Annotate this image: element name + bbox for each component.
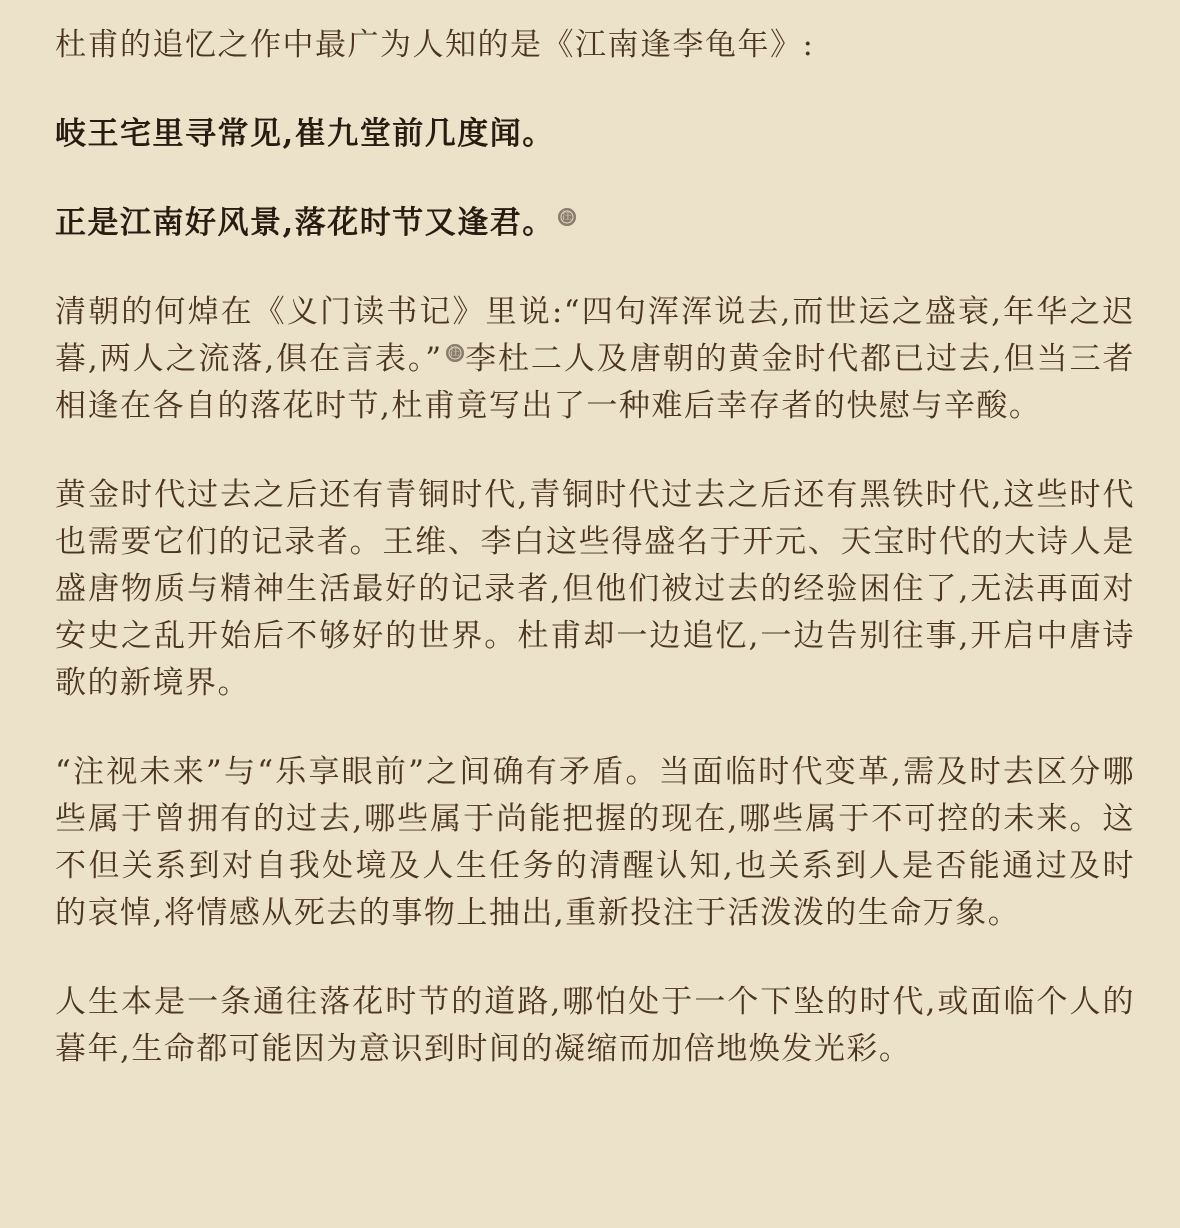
note-annotation-icon[interactable]: 注 [446, 344, 464, 362]
paragraph: 清朝的何焯在《义门读书记》里说:“四句浑浑说去,而世运之盛衰,年华之迟暮,两人之… [55, 289, 1135, 430]
text-run: “注视未来”与“乐享眼前”之间确有矛盾。当面临时代变革,需及时去区分哪些属于曾拥… [55, 754, 1135, 931]
paragraph: 人生本是一条通往落花时节的道路,哪怕处于一个下坠的时代,或面临个人的暮年,生命都… [55, 979, 1135, 1073]
paragraph: “注视未来”与“乐享眼前”之间确有矛盾。当面临时代变革,需及时去区分哪些属于曾拥… [55, 749, 1135, 937]
reading-page: 杜甫的追忆之作中最广为人知的是《江南逢李龟年》:岐王宅里寻常见,崔九堂前几度闻。… [0, 0, 1180, 1228]
paragraph: 黄金时代过去之后还有青铜时代,青铜时代过去之后还有黑铁时代,这些时代也需要它们的… [55, 472, 1135, 707]
text-run: 黄金时代过去之后还有青铜时代,青铜时代过去之后还有黑铁时代,这些时代也需要它们的… [55, 477, 1135, 701]
poem-line: 岐王宅里寻常见,崔九堂前几度闻。 [55, 111, 1135, 158]
article: 杜甫的追忆之作中最广为人知的是《江南逢李龟年》:岐王宅里寻常见,崔九堂前几度闻。… [55, 22, 1135, 1073]
poem-line: 正是江南好风景,落花时节又逢君。注 [55, 200, 1135, 247]
paragraph: 杜甫的追忆之作中最广为人知的是《江南逢李龟年》: [55, 22, 1135, 69]
text-run: 杜甫的追忆之作中最广为人知的是《江南逢李龟年》: [55, 27, 814, 63]
text-run: 岐王宅里寻常见,崔九堂前几度闻。 [55, 116, 555, 152]
note-annotation-icon[interactable]: 注 [558, 208, 576, 226]
text-run: 人生本是一条通往落花时节的道路,哪怕处于一个下坠的时代,或面临个人的暮年,生命都… [55, 984, 1135, 1067]
text-run: 正是江南好风景,落花时节又逢君。 [55, 205, 555, 241]
